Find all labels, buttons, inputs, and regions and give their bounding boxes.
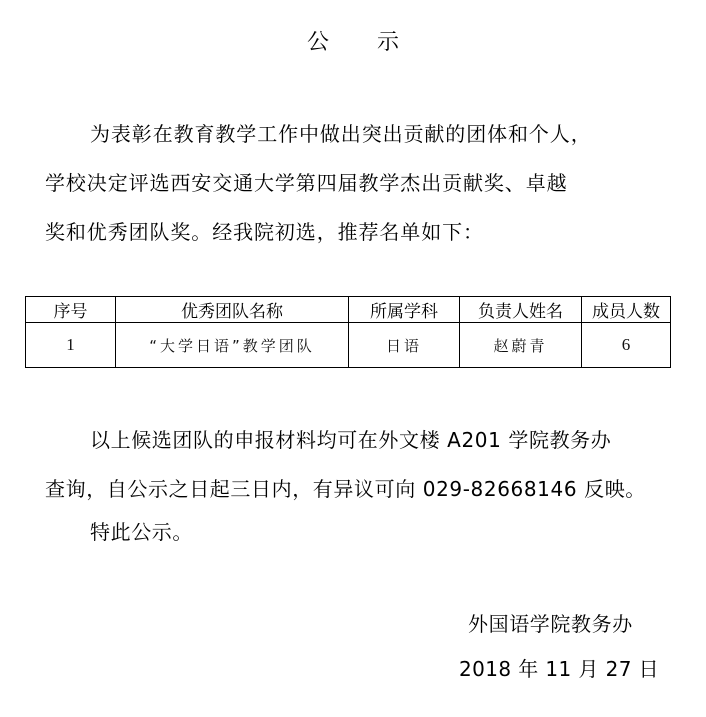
cell-discipline: 日语 (349, 323, 460, 368)
page-title: 公示 (0, 28, 706, 58)
header-leader: 负责人姓名 (460, 297, 582, 323)
intro-line-2: 学校决定评选西安交通大学第四届教学杰出贡献奖、卓越 (45, 170, 568, 196)
table-row: 1 “大学日语”教学团队 日语 赵蔚青 6 (26, 323, 671, 368)
title-char-2: 示 (377, 30, 399, 55)
intro-line-1: 为表彰在教育教学工作中做出突出贡献的团体和个人， (90, 121, 592, 147)
signature-office: 外国语学院教务办 (468, 611, 633, 637)
closing-line-1: 以上候选团队的申报材料均可在外文楼 A201 学院教务办 (90, 427, 611, 453)
title-char-1: 公 (307, 30, 329, 55)
table-header-row: 序号 优秀团队名称 所属学科 负责人姓名 成员人数 (26, 297, 671, 323)
cell-index: 1 (26, 323, 116, 368)
intro-line-3: 奖和优秀团队奖。经我院初选，推荐名单如下： (45, 219, 484, 245)
signature-date: 2018 年 11 月 27 日 (459, 656, 659, 682)
header-team-name: 优秀团队名称 (116, 297, 349, 323)
header-discipline: 所属学科 (349, 297, 460, 323)
header-index: 序号 (26, 297, 116, 323)
closing-line-2: 查询，自公示之日起三日内，有异议可向 029-82668146 反映。 (45, 476, 646, 502)
header-members: 成员人数 (582, 297, 671, 323)
cell-members: 6 (582, 323, 671, 368)
cell-leader: 赵蔚青 (460, 323, 582, 368)
cell-team-name: “大学日语”教学团队 (116, 323, 349, 368)
nominee-table: 序号 优秀团队名称 所属学科 负责人姓名 成员人数 1 “大学日语”教学团队 日… (25, 296, 671, 368)
closing-line-3: 特此公示。 (90, 519, 193, 545)
